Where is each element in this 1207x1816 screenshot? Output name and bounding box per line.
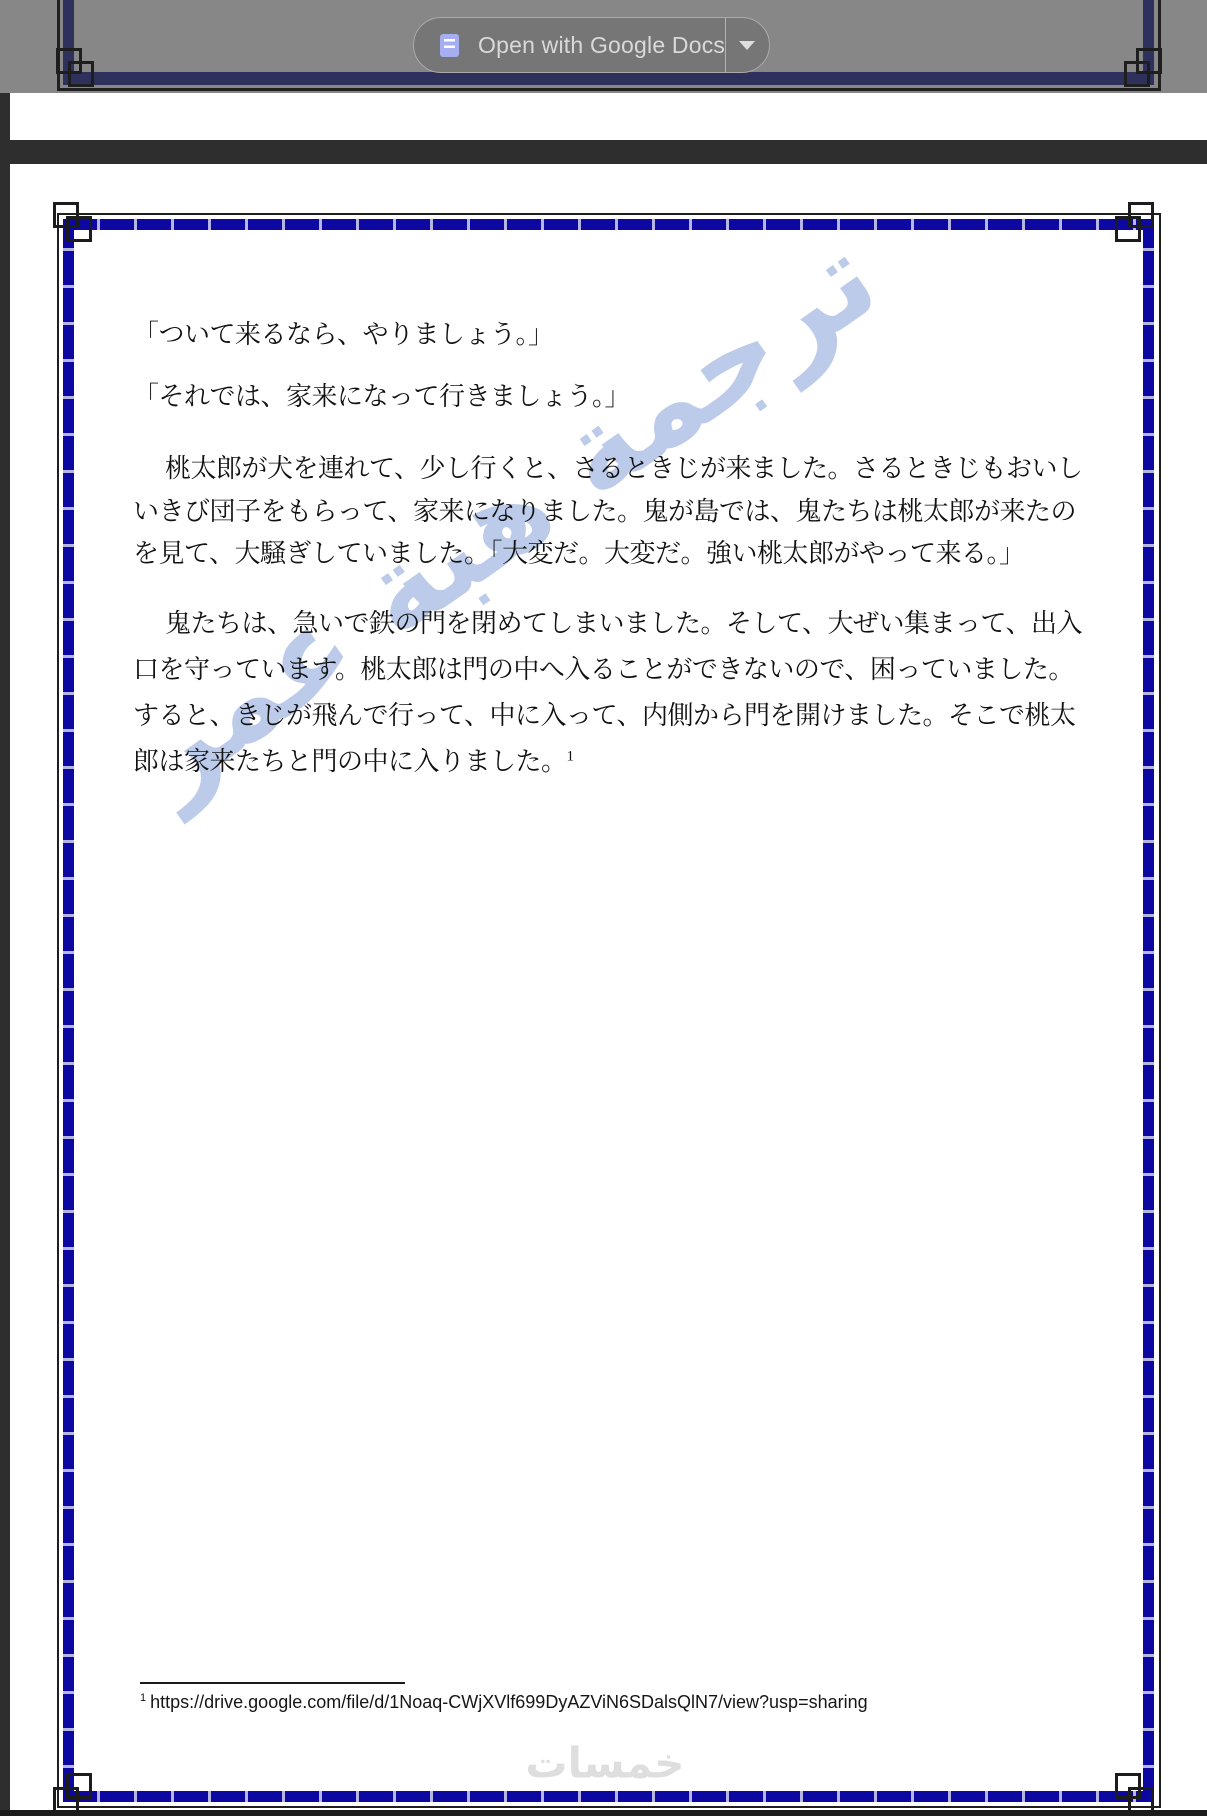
page-border-outer-line <box>57 213 1161 1808</box>
prev-page-blue-border-bottom <box>63 72 1154 85</box>
page-blue-border-right <box>1143 219 1154 1802</box>
docs-icon-lines <box>444 39 455 52</box>
page-blue-border-top <box>63 219 1154 230</box>
preview-toolbar: Open with Google Docs <box>0 0 1207 93</box>
prev-page-border-line-bottom <box>57 88 1161 91</box>
prev-page-border-line-right <box>1158 0 1161 91</box>
page-blue-border-left <box>63 219 74 1802</box>
google-docs-icon <box>440 34 459 57</box>
page-blue-border-bottom <box>63 1791 1154 1802</box>
open-with-google-docs-button[interactable]: Open with Google Docs <box>413 17 770 73</box>
border-corner-ornament <box>66 1773 92 1799</box>
viewer-background-left <box>0 93 10 1816</box>
border-corner-ornament <box>68 61 94 87</box>
border-corner-ornament <box>1115 216 1141 242</box>
viewer-background-bottom <box>0 1810 1207 1816</box>
document-page: ترجمة هبة عمر 「ついて来るなら、やりましょう。」 「それでは、家来… <box>9 164 1207 1810</box>
open-button-label: Open with Google Docs <box>478 32 725 59</box>
page-gap-band <box>0 140 1207 164</box>
prev-page-border-line-left <box>57 0 60 91</box>
border-corner-ornament <box>66 216 92 242</box>
chevron-down-icon <box>739 41 755 50</box>
drive-preview-viewport: Open with Google Docs ترجمة هبة عمر 「ついて… <box>0 0 1207 1816</box>
border-corner-ornament <box>1124 61 1150 87</box>
open-with-dropdown[interactable] <box>726 17 769 73</box>
border-corner-ornament <box>1115 1773 1141 1799</box>
